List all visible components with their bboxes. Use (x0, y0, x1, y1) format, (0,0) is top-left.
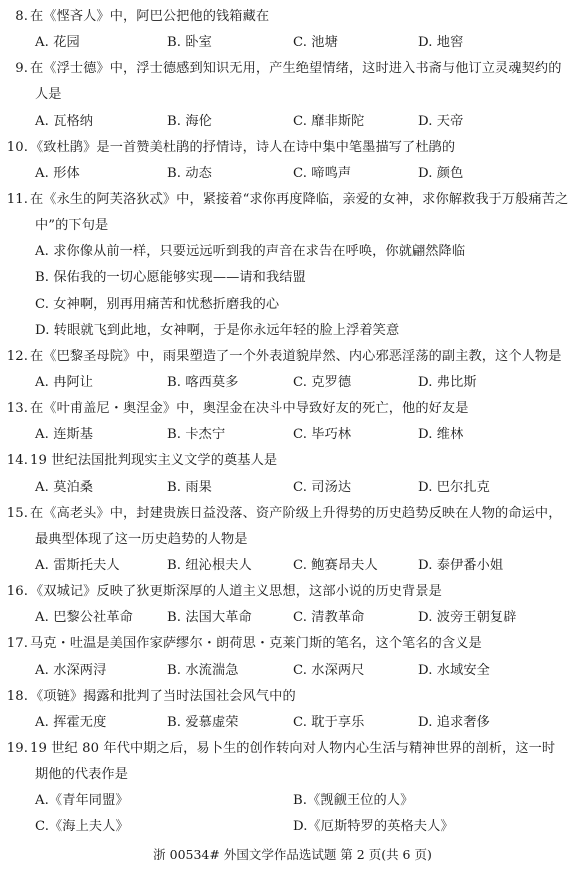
option-d: D. 追求奢侈 (418, 710, 490, 736)
question-stem: 在《浮士德》中，浮士德感到知识无用，产生绝望情绪，这时进入书斋与他订立灵魂契约的 (30, 61, 562, 76)
option-b: B. 法国大革命 (167, 605, 252, 631)
question-stem: 在《高老头》中，封建贵族日益没落、资产阶级上升得势的历史趋势反映在人物的命运中， (30, 506, 562, 521)
options-row: A. 挥霍无度 B. 爱慕虚荣 C. 耽于享乐 D. 追求奢侈 (0, 710, 585, 736)
question-stem-continued: 中”的下句是 (0, 213, 585, 239)
option-d: D. 维林 (418, 422, 463, 448)
option-d: D. 波旁王朝复辟 (418, 605, 517, 631)
option-b: B.《觊觎王位的人》 (293, 788, 413, 814)
question-stem: 《双城记》反映了狄更斯深厚的人道主义思想，这部小说的历史背景是 (30, 584, 442, 599)
question-stem: 在《永生的阿芙洛狄忒》中，紧接着“求你再度降临，亲爱的女神，求你解救我于万般痛苦… (30, 192, 568, 207)
option-b: B. 水流湍急 (167, 658, 239, 684)
options-row: C.《海上夫人》 D.《厄斯特罗的英格夫人》 (0, 814, 585, 840)
question-19: 19.19 世纪 80 年代中期之后，易卜生的创作转向对人物内心生活与精神世界的… (0, 736, 585, 841)
question-12: 12.在《巴黎圣母院》中，雨果塑造了一个外表道貌岸然、内心邪恶淫荡的副主教，这个… (0, 344, 585, 396)
option-a: A. 水深两浔 (35, 658, 106, 684)
options-row: A. 莫泊桑 B. 雨果 C. 司汤达 D. 巴尔扎克 (0, 475, 585, 501)
option-d: D. 转眼就飞到此地，女神啊，于是你永远年轻的脸上浮着笑意 (0, 318, 585, 344)
option-a: A.《青年同盟》 (35, 788, 129, 814)
question-number: 18. (0, 684, 30, 710)
question-number: 13. (0, 396, 30, 422)
question-number: 19. (0, 736, 30, 762)
option-b: B. 动态 (167, 161, 212, 187)
question-number: 11. (0, 187, 30, 213)
question-number: 15. (0, 501, 30, 527)
option-c: C. 耽于享乐 (293, 710, 364, 736)
option-c: C. 水深两尺 (293, 658, 364, 684)
question-14: 14.19 世纪法国批判现实主义文学的奠基人是 A. 莫泊桑 B. 雨果 C. … (0, 448, 585, 500)
question-number: 12. (0, 344, 30, 370)
question-number: 14. (0, 448, 30, 474)
question-9: 9.在《浮士德》中，浮士德感到知识无用，产生绝望情绪，这时进入书斋与他订立灵魂契… (0, 56, 585, 134)
option-a: A. 形体 (35, 161, 80, 187)
option-b: B. 保佑我的一切心愿能够实现——请和我结盟 (0, 265, 585, 291)
question-stem-continued: 人是 (0, 82, 585, 108)
question-number: 10. (0, 135, 30, 161)
option-d: D. 天帝 (418, 109, 463, 135)
options-row: A. 连斯基 B. 卡杰宁 C. 毕巧林 D. 维林 (0, 422, 585, 448)
option-d: D. 水域安全 (418, 658, 490, 684)
option-d: D. 巴尔扎克 (418, 475, 490, 501)
option-c: C. 女神啊，别再用痛苦和忧愁折磨我的心 (0, 292, 585, 318)
option-c: C.《海上夫人》 (35, 814, 129, 840)
option-b: B. 爱慕虚荣 (167, 710, 239, 736)
question-stem: 在《巴黎圣母院》中，雨果塑造了一个外表道貌岸然、内心邪恶淫荡的副主教，这个人物是 (30, 349, 562, 364)
options-row: A. 瓦格纳 B. 海伦 C. 靡非斯陀 D. 天帝 (0, 109, 585, 135)
option-b: B. 卧室 (167, 30, 212, 56)
options-row: A. 花园 B. 卧室 C. 池塘 D. 地窖 (0, 30, 585, 56)
question-stem: 《致杜鹃》是一首赞美杜鹃的抒情诗，诗人在诗中集中笔墨描写了杜鹃的 (30, 140, 455, 155)
question-stem: 在《悭吝人》中，阿巴公把他的钱箱藏在 (30, 9, 269, 24)
option-a: A. 连斯基 (35, 422, 93, 448)
option-d: D. 地窖 (418, 30, 463, 56)
exam-page: 8.在《悭吝人》中，阿巴公把他的钱箱藏在 A. 花园 B. 卧室 C. 池塘 D… (0, 4, 585, 869)
option-c: C. 啼鸣声 (293, 161, 351, 187)
option-c: C. 靡非斯陀 (293, 109, 364, 135)
options-row: A. 巴黎公社革命 B. 法国大革命 C. 清教革命 D. 波旁王朝复辟 (0, 605, 585, 631)
option-b: B. 雨果 (167, 475, 212, 501)
option-c: C. 鲍赛昂夫人 (293, 553, 378, 579)
options-row: A. 冉阿让 B. 喀西莫多 C. 克罗德 D. 弗比斯 (0, 370, 585, 396)
question-number: 9. (0, 56, 30, 82)
option-c: C. 司汤达 (293, 475, 351, 501)
option-a: A. 莫泊桑 (35, 475, 93, 501)
option-d: D.《厄斯特罗的英格夫人》 (293, 814, 454, 840)
option-a: A. 花园 (35, 30, 80, 56)
options-row: A. 水深两浔 B. 水流湍急 C. 水深两尺 D. 水域安全 (0, 658, 585, 684)
question-11: 11.在《永生的阿芙洛狄忒》中，紧接着“求你再度降临，亲爱的女神，求你解救我于万… (0, 187, 585, 344)
question-stem: 19 世纪 80 年代中期之后，易卜生的创作转向对人物内心生活与精神世界的剖析，… (30, 741, 555, 756)
option-b: B. 卡杰宁 (167, 422, 225, 448)
option-b: B. 纽沁根夫人 (167, 553, 252, 579)
question-stem-continued: 期他的代表作是 (0, 762, 585, 788)
options-row: A. 雷斯托夫人 B. 纽沁根夫人 C. 鲍赛昂夫人 D. 泰伊番小姐 (0, 553, 585, 579)
question-stem-continued: 最典型体现了这一历史趋势的人物是 (0, 527, 585, 553)
question-18: 18.《项链》揭露和批判了当时法国社会风气中的 A. 挥霍无度 B. 爱慕虚荣 … (0, 684, 585, 736)
option-a: A. 挥霍无度 (35, 710, 106, 736)
question-16: 16.《双城记》反映了狄更斯深厚的人道主义思想，这部小说的历史背景是 A. 巴黎… (0, 579, 585, 631)
option-a: A. 冉阿让 (35, 370, 93, 396)
question-stem: 19 世纪法国批判现实主义文学的奠基人是 (30, 453, 277, 468)
question-15: 15.在《高老头》中，封建贵族日益没落、资产阶级上升得势的历史趋势反映在人物的命… (0, 501, 585, 579)
option-c: C. 毕巧林 (293, 422, 351, 448)
question-number: 8. (0, 4, 30, 30)
question-10: 10.《致杜鹃》是一首赞美杜鹃的抒情诗，诗人在诗中集中笔墨描写了杜鹃的 A. 形… (0, 135, 585, 187)
option-c: C. 池塘 (293, 30, 338, 56)
question-stem: 在《叶甫盖尼・奥涅金》中，奥涅金在决斗中导致好友的死亡，他的好友是 (30, 401, 468, 416)
option-d: D. 颜色 (418, 161, 463, 187)
option-a: A. 瓦格纳 (35, 109, 93, 135)
option-c: C. 清教革命 (293, 605, 364, 631)
question-number: 16. (0, 579, 30, 605)
option-d: D. 泰伊番小姐 (418, 553, 503, 579)
option-a: A. 巴黎公社革命 (35, 605, 133, 631)
question-number: 17. (0, 631, 30, 657)
option-b: B. 喀西莫多 (167, 370, 239, 396)
option-d: D. 弗比斯 (418, 370, 477, 396)
question-stem: 马克・吐温是美国作家萨缪尔・朗荷思・克莱门斯的笔名，这个笔名的含义是 (30, 636, 482, 651)
page-footer: 浙 00534# 外国文学作品选试题 第 2 页(共 6 页) (0, 841, 585, 869)
option-a: A. 求你像从前一样，只要远远听到我的声音在求告在呼唤，你就翩然降临 (0, 239, 585, 265)
question-13: 13.在《叶甫盖尼・奥涅金》中，奥涅金在决斗中导致好友的死亡，他的好友是 A. … (0, 396, 585, 448)
question-stem: 《项链》揭露和批判了当时法国社会风气中的 (30, 689, 296, 704)
question-8: 8.在《悭吝人》中，阿巴公把他的钱箱藏在 A. 花园 B. 卧室 C. 池塘 D… (0, 4, 585, 56)
option-b: B. 海伦 (167, 109, 212, 135)
option-c: C. 克罗德 (293, 370, 351, 396)
option-a: A. 雷斯托夫人 (35, 553, 120, 579)
question-17: 17.马克・吐温是美国作家萨缪尔・朗荷思・克莱门斯的笔名，这个笔名的含义是 A.… (0, 631, 585, 683)
options-row: A. 形体 B. 动态 C. 啼鸣声 D. 颜色 (0, 161, 585, 187)
options-row: A.《青年同盟》 B.《觊觎王位的人》 (0, 788, 585, 814)
